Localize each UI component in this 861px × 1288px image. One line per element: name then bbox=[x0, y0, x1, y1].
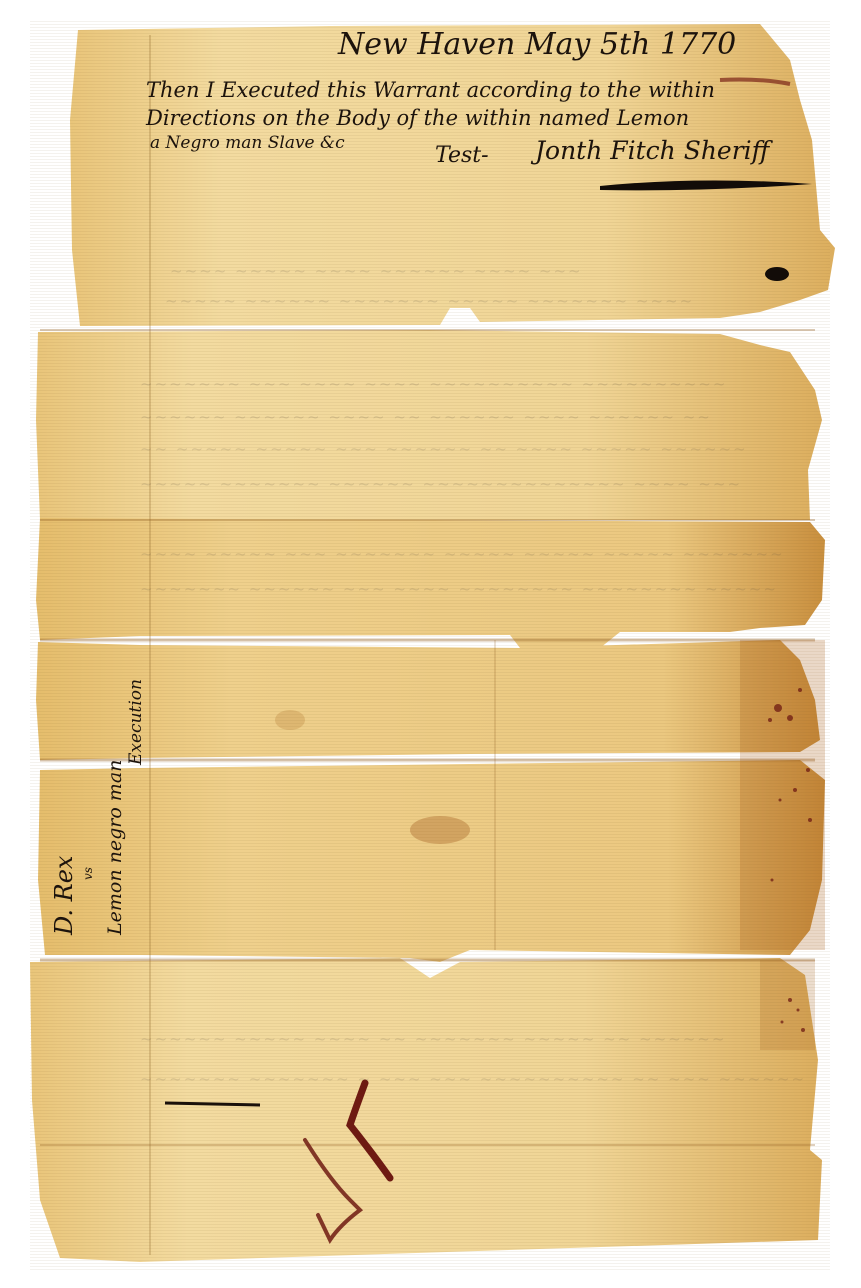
body-line-2: Directions on the Body of the within nam… bbox=[146, 108, 689, 129]
bleed-through-line: ~~~~~~ ~~~~~ ~~~~ ~~ ~~~~~~~ ~~~~~ ~~ ~~… bbox=[140, 1030, 726, 1048]
bleed-through-line: ~~~~~~~ ~~~ ~~~~ ~~~~ ~~~~~~~~~~ ~~~~~~~… bbox=[140, 375, 727, 393]
bleed-through-line: ~~ ~~~~~ ~~~~~ ~~~ ~~~~~~ ~~ ~~~~ ~~~~~ … bbox=[140, 440, 748, 458]
bleed-through-line: ~~~~ ~~~~~ ~~~ ~~~~~~~ ~~~~~ ~~~~~ ~~~~~… bbox=[140, 545, 785, 563]
bleed-through-line: ~~~~~~~ ~~~~~~~ ~ ~~~ ~~~ ~~~~~~~~~~ ~~ … bbox=[140, 1070, 806, 1088]
sheriff-signature: Jonth Fitch Sheriff bbox=[535, 138, 769, 163]
docket-line-3: Lemon negro man bbox=[106, 760, 125, 935]
bleed-through-line: ~~~~~~ ~~~~~~ ~~~~ ~~ ~~~~~~ ~~~~ ~~~~~~… bbox=[140, 408, 712, 426]
body-line-3: a Negro man Slave &c bbox=[150, 135, 345, 152]
bleed-through-line: ~~~~~~~ ~~~~~~ ~~~ ~~~~ ~~~~~~~~ ~~~~~~~… bbox=[140, 580, 778, 598]
docket-line-2: vs bbox=[82, 867, 94, 880]
place-date: New Haven May 5th 1770 bbox=[338, 30, 736, 60]
document-scan: ~~~~ ~~~~~ ~~~~ ~~~~~~ ~~~~ ~~~ ~~~~~ ~~… bbox=[0, 0, 861, 1288]
body-line-1: Then I Executed this Warrant according t… bbox=[146, 80, 715, 101]
paper-sheets bbox=[0, 0, 861, 1288]
bleed-through-line: ~~~~~ ~~~~~~~ ~~~~~~ ~~~~~~~~~~~~~~ ~~~~… bbox=[140, 475, 742, 493]
docket-line-1: D. Rex bbox=[52, 856, 76, 935]
bleed-through-line: ~~~~~ ~~~~~~ ~~~~~~~ ~~~~~ ~~~~~~~ ~~~~ bbox=[165, 292, 694, 310]
attest-mark: Test- bbox=[435, 145, 489, 167]
docket-line-4: Execution bbox=[128, 679, 145, 765]
bleed-through-line: ~~~~ ~~~~~ ~~~~ ~~~~~~ ~~~~ ~~~ bbox=[170, 262, 583, 280]
